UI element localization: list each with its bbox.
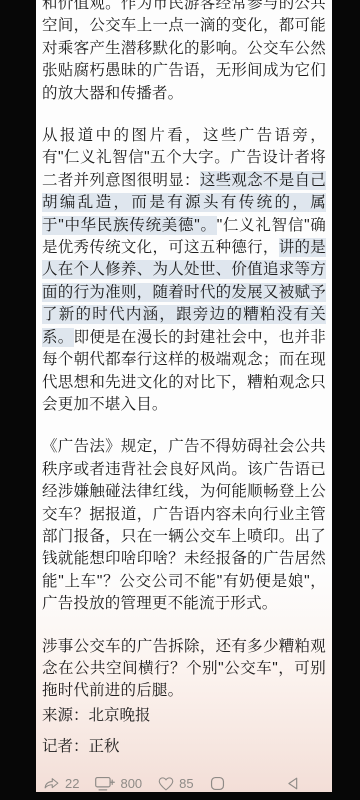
article-paragraph: 《广告法》规定，广告不得妨碍社会公共秩序或者违背社会良好风尚。该广告语已经涉嫌触… (42, 436, 326, 615)
reporter-line: 记者：正秋 (36, 736, 332, 758)
like-button[interactable]: 85 (157, 775, 193, 792)
danmaku-button[interactable]: 800 (94, 774, 142, 792)
article-paragraph: 涉事公交车的广告拆除，还有多少糟粕观念在公共空间横行？个别"公交车"，可别拖时代… (42, 636, 326, 703)
article-card: 和价值观。作为市民游客经常参与的公共空间，公交车上一点一滴的变化，都可能对乘客产… (36, 0, 332, 792)
article-paragraph: 从报道中的图片看，这些广告语旁，有"仁义礼智信"五个大字。广告设计者将二者并列意… (42, 125, 326, 416)
heart-icon (157, 775, 175, 792)
danmaku-icon (94, 774, 116, 792)
article-paragraph: 和价值观。作为市民游客经常参与的公共空间，公交车上一点一滴的变化，都可能对乘客产… (42, 0, 326, 105)
article-text: 即便是在漫长的封建社会中，也并非每个朝代都奉行这样的极端观念；而在现代思想和先进… (42, 329, 326, 413)
letterbox-background: 和价值观。作为市民游客经常参与的公共空间，公交车上一点一滴的变化，都可能对乘客产… (0, 0, 360, 800)
action-bar: 22 800 85 (36, 768, 332, 792)
back-triangle-icon (284, 775, 302, 792)
like-count: 85 (179, 776, 193, 791)
back-button[interactable] (284, 775, 302, 792)
share-count: 22 (65, 776, 79, 791)
article-text: 涉事公交车的广告拆除，还有多少糟粕观念在公共空间横行？个别"公交车"，可别拖时代… (42, 638, 326, 700)
rounded-square-icon (209, 775, 226, 792)
source-line: 来源：北京晚报 (36, 705, 332, 727)
share-button[interactable]: 22 (42, 774, 79, 792)
share-icon (42, 774, 61, 792)
article-text: 《广告法》规定，广告不得妨碍社会公共秩序或者违背社会良好风尚。该广告语已经涉嫌触… (42, 438, 326, 612)
article-text: 和价值观。作为市民游客经常参与的公共空间，公交车上一点一滴的变化，都可能对乘客产… (42, 0, 326, 102)
recents-button[interactable] (209, 775, 226, 792)
danmaku-count: 800 (120, 776, 142, 791)
article-body: 和价值观。作为市民游客经常参与的公共空间，公交车上一点一滴的变化，都可能对乘客产… (36, 0, 332, 703)
